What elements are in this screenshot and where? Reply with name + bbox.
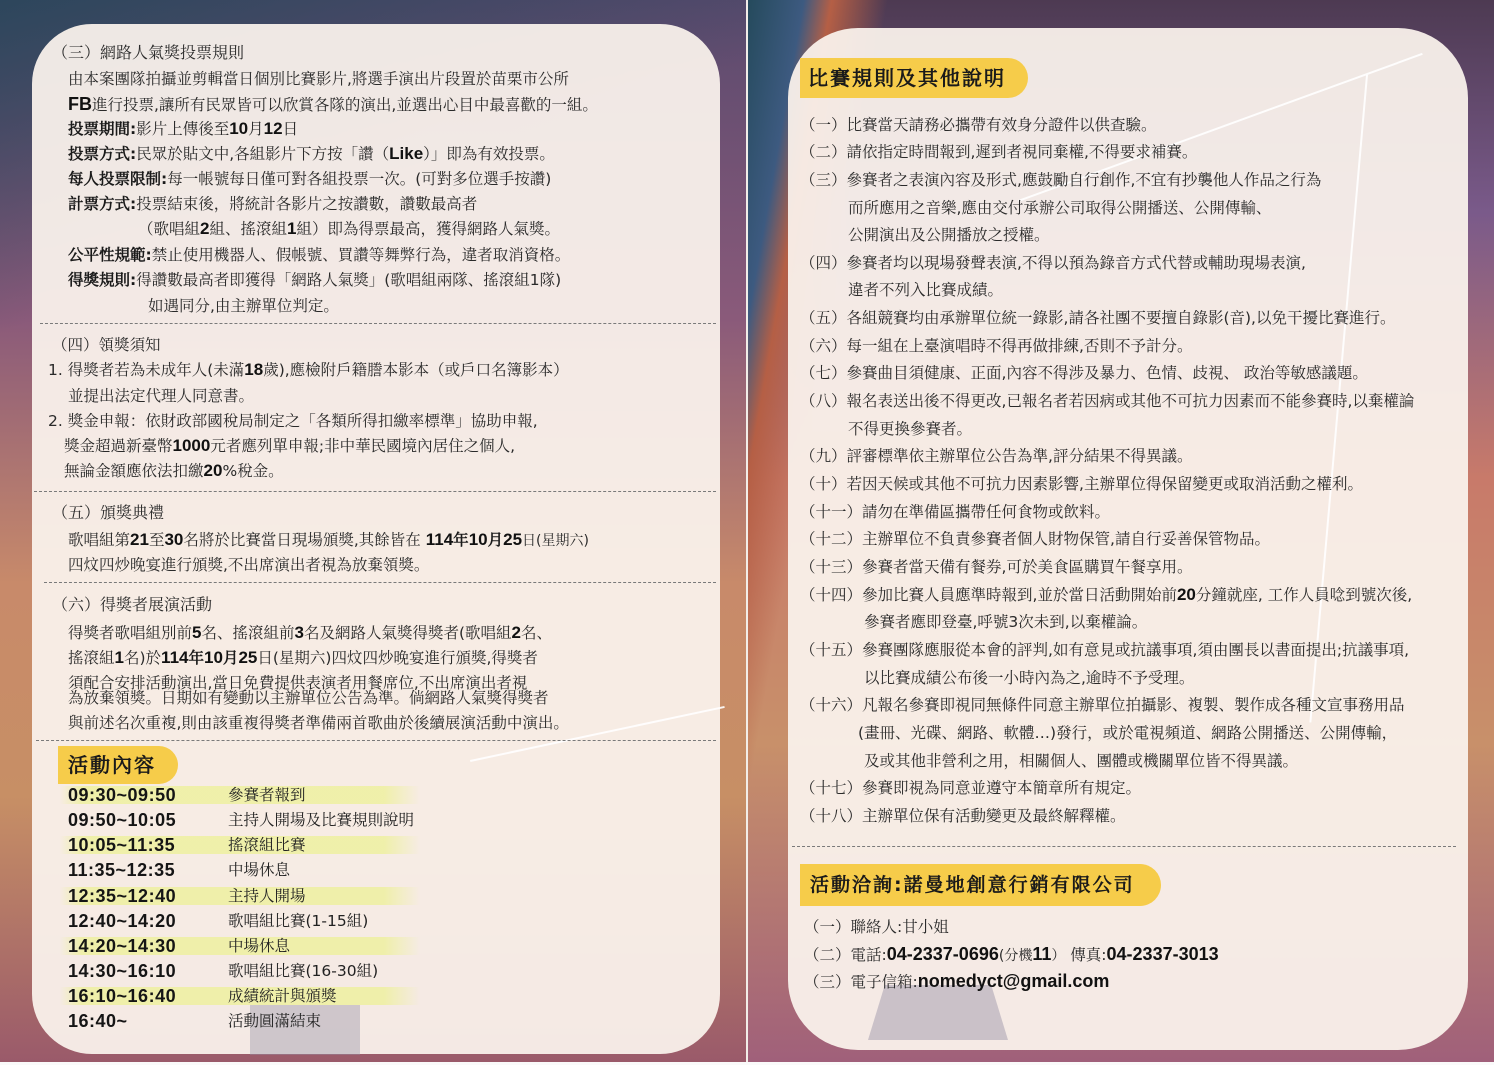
right-page: 比賽規則及其他說明 （一）比賽當天請務必攜帶有效身分證件以供查驗。 （二）請依指… [748,0,1494,1062]
right-content: 比賽規則及其他說明 （一）比賽當天請務必攜帶有效身分證件以供查驗。 （二）請依指… [748,0,1494,1062]
rule-item: （五）各組競賽均由承辦單位統一錄影,請各社團不要擅自錄影(音),以免干擾比賽進行… [800,307,1395,329]
rule-item-cont: 違者不列入比賽成績。 [848,279,1003,301]
schedule-row: 11:35~12:35 中場休息 [68,858,428,882]
section4-item1-cont: 並提出法定代理人同意書。 [68,385,254,407]
rule-item: （六）每一組在上臺演唱時不得再做排練,否則不予計分。 [800,335,1192,357]
rule-item: （二）請依指定時間報到,遲到者視同棄權,不得要求補賽。 [800,141,1197,163]
schedule-row: 16:40~ 活動圓滿結束 [68,1009,428,1033]
section-divider [44,582,716,583]
rule-item-cont: 及或其他非營利之用，相關個人、團體或機關單位皆不得異議。 [864,750,1298,772]
vote-counting: 計票方式:投票結束後，將統計各影片之按讚數，讚數最高者 [68,193,477,215]
rule-item-cont: 而所應用之音樂,應由交付承辦公司取得公開播送、公開傳輸、 [848,197,1271,219]
contact-email: （三）電子信箱:nomedyct@gmail.com [804,970,1109,993]
rule-item: （十一）請勿在準備區攜帶任何食物或飲料。 [800,501,1110,523]
schedule-row: 14:30~16:10 歌唱組比賽(16-30組) [68,959,428,983]
schedule-row: 12:35~12:40 主持人開場 [68,884,428,908]
section6-line2: 搖滾組1名)於114年10月25日(星期六)四炆四炒晚宴進行頒獎,得獎者 [68,647,538,669]
contact-title-pill: 活動洽詢:諾曼地創意行銷有限公司 [800,864,1161,906]
vote-counting-cont: （歌唱組2組、搖滾組1組）即為得票最高，獲得網路人氣獎。 [138,218,560,240]
award-rule: 得獎規則:得讚數最高者即獲得「網路人氣獎」(歌唱組兩隊、搖滾組1隊) [68,269,561,291]
rule-item: （七）參賽曲目須健康、正面,內容不得涉及暴力、色情、歧視、 政治等敏感議題。 [800,362,1368,384]
section3-intro-2: FB進行投票,讓所有民眾皆可以欣賞各隊的演出,並選出心目中最喜歡的一組。 [68,93,598,116]
section-divider [36,740,716,741]
section3-intro-1: 由本案團隊拍攝並剪輯當日個別比賽影片,將選手演出片段置於苗栗市公所 [68,68,569,90]
rule-item: （三）參賽者之表演內容及形式,應鼓勵自行創作,不宜有抄襲他人作品之行為 [800,169,1321,191]
rule-item: （八）報名表送出後不得更改,已報名者若因病或其他不可抗力因素而不能參賽時,以棄權… [800,390,1414,412]
email-address[interactable]: nomedyct@gmail.com [918,971,1110,991]
rule-item: （十）若因天候或其他不可抗力因素影響,主辦單位得保留變更或取消活動之權利。 [800,473,1363,495]
rule-item: （十八）主辦單位保有活動變更及最終解釋權。 [800,805,1126,827]
section6-line4: 為放棄領獎。日期如有變動以主辦單位公告為準。倘網路人氣獎得獎者 [68,687,549,709]
fb-text: FB [68,94,92,114]
section4-item2-cont2: 無論金額應依法扣繳20%稅金。 [64,460,284,482]
rule-item-cont: 參賽者應即登臺,呼號3次未到,以棄權論。 [864,611,1147,633]
rule-item: （十二）主辦單位不負責參賽者個人財物保管,請自行妥善保管物品。 [800,528,1270,550]
schedule-row: 14:20~14:30 中場休息 [68,934,428,958]
voting-limit: 每人投票限制:每一帳號每日僅可對各組投票一次。(可對多位選手按讚) [68,168,551,190]
contact-person: （一）聯絡人:甘小姐 [804,916,949,938]
fax-number: 04-2337-3013 [1107,944,1219,964]
rule-item-cont: 以比賽成績公布後一小時內為之,逾時不予受理。 [864,667,1194,689]
left-page: （三）網路人氣獎投票規則 由本案團隊拍攝並剪輯當日個別比賽影片,將選手演出片段置… [0,0,746,1062]
section6-heading: （六）得獎者展演活動 [52,594,212,616]
award-rule-cont: 如遇同分,由主辦單位判定。 [148,295,339,317]
left-content: （三）網路人氣獎投票規則 由本案團隊拍攝並剪輯當日個別比賽影片,將選手演出片段置… [0,0,746,1062]
section-divider [40,323,716,324]
schedule-row: 09:50~10:05 主持人開場及比賽規則說明 [68,808,428,832]
voting-method: 投票方式:民眾於貼文中,各組影片下方按「讚（Like）」即為有效投票。 [68,143,555,165]
rule-item: （十五）參賽團隊應服從本會的評判,如有意見或抗議事項,須由團長以書面提出;抗議事… [800,639,1409,661]
rule-item-cont: 不得更換參賽者。 [848,418,972,440]
section4-item2: 2. 獎金申報：依財政部國稅局制定之「各類所得扣繳率標準」協助申報, [48,410,538,432]
section-divider [792,846,1456,847]
rule-item: （一）比賽當天請務必攜帶有效身分證件以供查驗。 [800,114,1157,136]
section4-item2-cont1: 獎金超過新臺幣1000元者應列單申報;非中華民國境內居住之個人, [64,435,515,457]
section5-line1: 歌唱組第21至30名將於比賽當日現場頒獎,其餘皆在 114年10月25日(星期六… [68,529,589,552]
schedule-title-pill: 活動內容 [58,746,178,784]
section5-line2: 四炆四炒晚宴進行頒獎,不出席演出者視為放棄領獎。 [68,554,429,576]
rule-item-cont: 公開演出及公開播放之授權。 [848,224,1050,246]
rule-item: （十四）參加比賽人員應準時報到,並於當日活動開始前20分鐘就座, 工作人員唸到號… [800,584,1412,606]
rule-item: （四）參賽者均以現場發聲表演,不得以預為錄音方式代替或輔助現場表演, [800,252,1306,274]
contact-phone: （二）電話:04-2337-0696(分機11） 傳真:04-2337-3013 [804,943,1219,967]
section5-heading: （五）頒獎典禮 [52,502,164,524]
rule-item: （十三）參賽者當天備有餐券,可於美食區購買午餐享用。 [800,556,1192,578]
section-divider [34,491,716,492]
section6-line1: 得獎者歌唱組別前5名、搖滾組前3名及網路人氣獎得獎者(歌唱組2名、 [68,622,552,644]
schedule-row: 10:05~11:35 搖滾組比賽 [68,833,428,857]
rule-item: （十六）凡報名參賽即視同無條件同意主辦單位拍攝影、複製、製作成各種文宣事務用品 [800,694,1405,716]
section3-heading: （三）網路人氣獎投票規則 [52,42,244,64]
rule-item-cont: (畫冊、光碟、網路、軟體…)發行，或於電視頻道、網路公開播送、公開傳輸， [858,722,1397,744]
fairness-rule: 公平性規範:禁止使用機器人、假帳號、買讚等舞弊行為，違者取消資格。 [68,244,570,266]
section4-heading: （四）領獎須知 [52,334,161,356]
section4-item1: 1. 得獎者若為未成年人(未滿18歲),應檢附戶籍謄本影本（或戶口名簿影本） [48,359,569,381]
phone-number[interactable]: 04-2337-0696 [887,944,999,964]
schedule-row: 09:30~09:50 參賽者報到 [68,783,428,807]
rule-item: （九）評審標準依主辦單位公告為準,評分結果不得異議。 [800,445,1192,467]
schedule-row: 16:10~16:40 成績統計與頒獎 [68,984,428,1008]
voting-period: 投票期間:影片上傳後至10月12日 [68,118,298,140]
rules-title-pill: 比賽規則及其他說明 [800,58,1028,98]
schedule-row: 12:40~14:20 歌唱組比賽(1-15組) [68,909,428,933]
rule-item: （十七）參賽即視為同意並遵守本簡章所有規定。 [800,777,1141,799]
section6-line5: 與前述名次重複,則由該重複得獎者準備兩首歌曲於後續展演活動中演出。 [68,712,569,734]
